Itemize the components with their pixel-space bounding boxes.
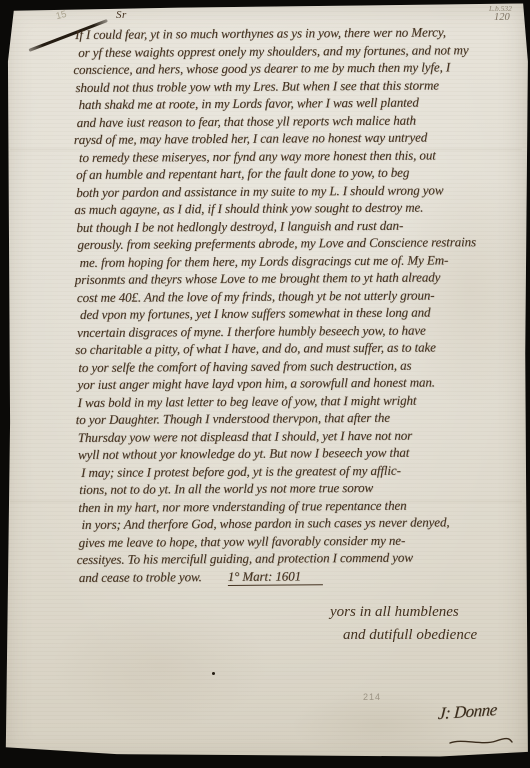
- letter-page: 15 L.b.532 120 Sr If I could fear, yt in…: [0, 0, 530, 768]
- pencil-number-top-left: 15: [55, 9, 68, 22]
- photograph-background: 15 L.b.532 120 Sr If I could fear, yt in…: [0, 0, 530, 768]
- letter-line: and cease to troble yow.: [79, 568, 202, 586]
- salutation: Sr: [116, 9, 127, 21]
- letter-closing-line: and cease to troble yow. 1° Mart: 1601: [79, 565, 529, 586]
- letter-line: or yf these waights opprest onely my sho…: [78, 40, 525, 61]
- folio-number: 120: [494, 12, 510, 23]
- letter-line: gerously. from seeking preferments abrod…: [77, 233, 526, 254]
- letter-date: 1° Mart: 1601: [228, 567, 323, 586]
- signature-block: J: Donne: [438, 702, 497, 722]
- signature: J: Donne: [437, 700, 497, 724]
- letter-body: If I could fear, yt in so much worthynes…: [75, 23, 529, 569]
- valediction-line-2: and dutifull obedience: [343, 627, 477, 644]
- ink-dot: [212, 672, 215, 675]
- letter-text-block: If I could fear, yt in so much worthynes…: [75, 23, 529, 586]
- signature-flourish: [448, 736, 514, 748]
- pencil-number-bottom: 214: [363, 692, 381, 702]
- paper-stain: [50, 600, 270, 730]
- valediction-line-1: yors in all humblenes: [330, 604, 459, 621]
